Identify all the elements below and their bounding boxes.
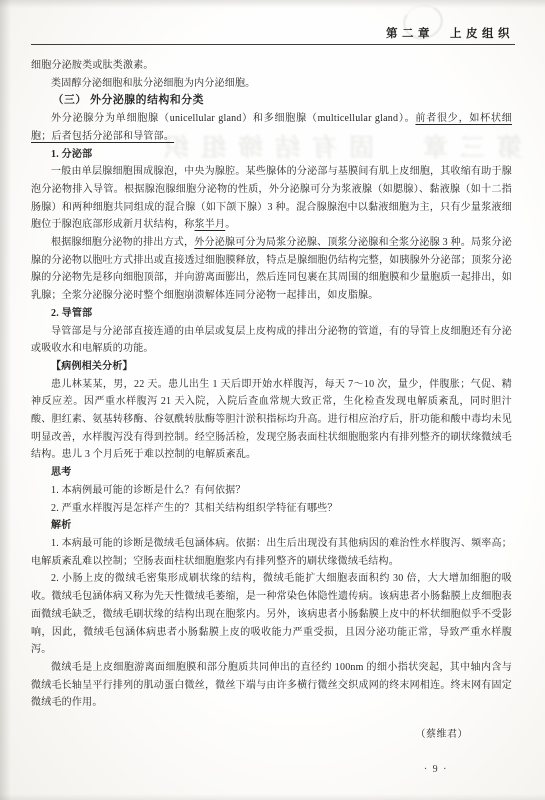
question-1: 1. 本病例最可能的诊断是什么？有何依据？ [31,482,512,500]
text-run: 2. 严重水样腹泻是怎样产生的？其相关结构组织学特征有哪些？ [51,503,338,514]
text-run: 1. 分泌部 [51,149,92,160]
header-rule [31,44,515,45]
section-heading-exocrine: （三） 外分泌腺的结构和分类 [31,92,512,110]
answer-2: 2. 小肠上皮的微绒毛密集形成刷状缘的结构，微绒毛能扩大细胞表面积约 30 倍，… [31,570,512,659]
text-run: 类固醇分泌细胞和肽分泌细胞为内分泌细胞。 [51,78,255,89]
text-run: 【病例相关分析】 [51,361,133,372]
label-case-analysis: 【病例相关分析】 [31,358,512,376]
scan-edge-shadow-top [0,0,545,8]
text-run: 导管部是与分泌部直接连通的由单层或复层上皮构成的排出分泌物的管道，有的导管上皮细… [31,326,512,355]
para-microvilli-structure: 微绒毛是上皮细胞游离面细胞膜和部分胞质共同伸出的直径约 100nm 的细小指状突… [31,659,512,712]
book-page: 第三章 固有结缔组织 第二章 上皮组织 细胞分泌胺类或肽类激素。类固醇分泌细胞和… [0,0,545,800]
page-body: 细胞分泌胺类或肽类激素。类固醇分泌细胞和肽分泌细胞为内分泌细胞。（三） 外分泌腺… [31,57,512,744]
author-signature: （蔡维君） [31,726,512,744]
para-secretory-portion: 一般由单层腺细胞围成腺泡，中央为腺腔。某些腺体的分泌部与基膜间有肌上皮细胞，其收… [31,163,512,234]
text-run: 一般由单层腺细胞围成腺泡，中央为腺腔。某些腺体的分泌部与基膜间有肌上皮细胞，其收… [31,166,512,230]
text-run: 1. 本病最可能的诊断是微绒毛包涵体病。依据：出生后出现没有其他病因的难治性水样… [31,538,512,567]
scan-edge-shadow-bottom [0,794,545,800]
label-analysis: 解析 [31,517,512,535]
text-run: 细胞分泌胺类或肽类激素。 [31,60,154,71]
underlined-text: 外分泌腺可分为局浆分泌腺、顶浆分泌腺和全浆分泌腺 3 种 [194,237,461,248]
page-number: · 9 · [424,764,448,775]
paragraphs: 细胞分泌胺类或肽类激素。类固醇分泌细胞和肽分泌细胞为内分泌细胞。（三） 外分泌腺… [31,57,512,712]
chapter-title: 第二章 上皮组织 [31,25,515,41]
subheading-secretory-portion: 1. 分泌部 [31,146,512,164]
text-run: 微绒毛是上皮细胞游离面细胞膜和部分胞质共同伸出的直径约 100nm 的细小指状突… [31,662,512,708]
text-run: 根据腺细胞分泌物的排出方式， [51,237,194,248]
text-run: （三） 外分泌腺的结构和分类 [53,94,204,106]
para-continuation: 细胞分泌胺类或肽类激素。 [31,57,512,75]
running-head: 第二章 上皮组织 [31,25,515,45]
text-run: 思考 [51,467,71,478]
para-gland-classification: 外分泌腺分为单细胞腺（unicellular gland）和多细胞腺（multi… [31,110,512,145]
text-run: 2. 导管部 [51,308,92,319]
text-run: 。 [225,219,235,230]
text-run: 外分泌腺分为单细胞腺（unicellular gland）和多细胞腺（multi… [51,113,415,124]
text-run: 2. 小肠上皮的微绒毛密集形成刷状缘的结构，微绒毛能扩大细胞表面积约 30 倍，… [31,573,512,655]
question-2: 2. 严重水样腹泻是怎样产生的？其相关结构组织学特征有哪些？ [31,500,512,518]
text-run: 患儿林某某，男，22 天。患儿出生 1 天后即开始水样腹泻，每天 7～10 次，… [31,379,512,461]
para-endocrine-cells: 类固醇分泌细胞和肽分泌细胞为内分泌细胞。 [31,75,512,93]
scan-edge-shadow-left [0,0,11,800]
text-run: 解析 [51,520,71,531]
para-case-description: 患儿林某某，男，22 天。患儿出生 1 天后即开始水样腹泻，每天 7～10 次，… [31,376,512,465]
label-think: 思考 [31,464,512,482]
para-duct-portion: 导管部是与分泌部直接连通的由单层或复层上皮构成的排出分泌物的管道，有的导管上皮细… [31,323,512,358]
text-run: 1. 本病例最可能的诊断是什么？有何依据？ [51,485,246,496]
para-secretion-modes: 根据腺细胞分泌物的排出方式，外分泌腺可分为局浆分泌腺、顶浆分泌腺和全浆分泌腺 3… [31,234,512,305]
underlined-text: 浆半月 [195,219,226,230]
answer-1: 1. 本病最可能的诊断是微绒毛包涵体病。依据：出生后出现没有其他病因的难治性水样… [31,535,512,570]
subheading-duct-portion: 2. 导管部 [31,305,512,323]
